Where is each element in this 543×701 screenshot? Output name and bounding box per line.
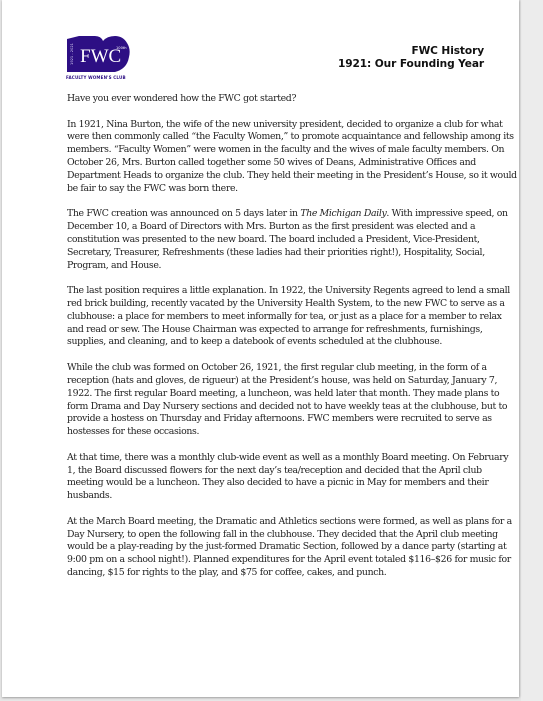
logo-100th-text: 100th	[116, 46, 127, 50]
document-header: FWC History 1921: Our Founding Year	[338, 45, 484, 71]
paragraph-monthly-events: At that time, there was a monthly club-w…	[67, 452, 519, 503]
document-body: Have you ever wondered how the FWC got s…	[67, 93, 519, 593]
document-page: 1921 - 2021 FWC 100th FACULTY WOMEN'S CL…	[2, 0, 519, 697]
newspaper-title: The Michigan Daily	[300, 208, 386, 219]
paragraph-clubhouse: The last position requires a little expl…	[67, 285, 519, 349]
paragraph-founding: In 1921, Nina Burton, the wife of the ne…	[67, 119, 519, 196]
logo-fwc-text: FWC	[80, 46, 121, 67]
paragraph-march-board: At the March Board meeting, the Dramatic…	[67, 516, 519, 580]
paragraph-first-meeting: While the club was formed on October 26,…	[67, 362, 519, 439]
scrollbar-track[interactable]	[521, 0, 543, 701]
intro-paragraph: Have you ever wondered how the FWC got s…	[67, 93, 519, 106]
logo-graphic: 1921 - 2021 FWC 100th FACULTY WOMEN'S CL…	[65, 35, 137, 81]
header-title: FWC History	[338, 45, 484, 58]
logo-caption: FACULTY WOMEN'S CLUB	[66, 75, 126, 80]
header-subtitle: 1921: Our Founding Year	[338, 58, 484, 71]
fwc-100-logo: 1921 - 2021 FWC 100th FACULTY WOMEN'S CL…	[65, 35, 137, 81]
paragraph-announcement: The FWC creation was announced on 5 days…	[67, 208, 519, 272]
logo-years-text: 1921 - 2021	[70, 43, 74, 65]
paragraph-announcement-text-1: The FWC creation was announced on 5 days…	[67, 208, 300, 219]
